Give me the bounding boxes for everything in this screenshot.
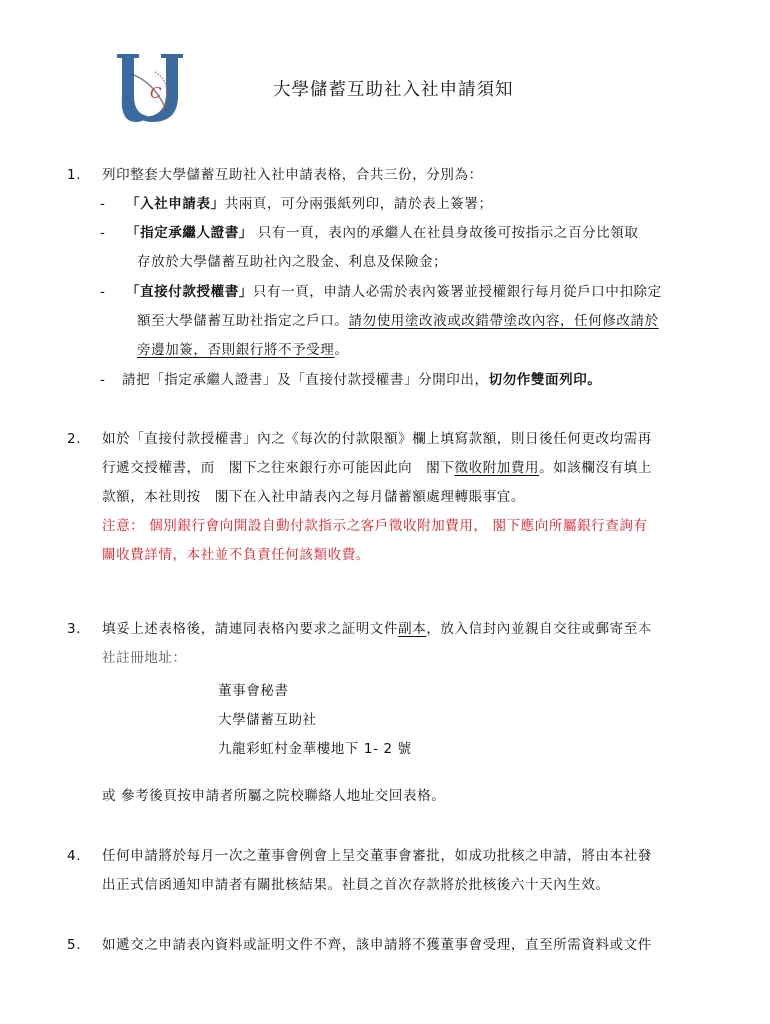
notice-line-2: 關收費詳情，本社並不負責任何該類收費。	[102, 546, 370, 564]
item-3-line-2: 社註冊地址：	[102, 649, 187, 667]
underlined-warning: 請勿使用塗改液或改錯帶塗改內容，任何修改請於	[349, 313, 659, 329]
bullet-dash: -	[100, 195, 105, 213]
underlined-text: 副本	[398, 621, 426, 637]
subitem-continuation: 額至大學儲蓄互助社指定之戶口。請勿使用塗改液或改錯帶塗改內容，任何修改請於	[137, 312, 659, 330]
page-title: 大學儲蓄互助社入社申請須知	[273, 76, 514, 101]
serif-text: 本	[638, 621, 652, 637]
uu-logo-icon: C	[115, 52, 195, 124]
item-text: 如於「直接付款授權書」內之《每次的付款限額》欄上填寫款額，則日後任何更改均需再	[102, 430, 652, 448]
bold-warning: 切勿作雙面列印。	[489, 372, 602, 388]
continuation-text: 額至大學儲蓄互助社指定之戶口。	[137, 313, 349, 329]
item-number: 3.	[67, 620, 81, 638]
subitem-continuation: 存放於大學儲蓄互助社內之股金、利息及保險金；	[137, 253, 447, 271]
item-number: 5.	[67, 936, 81, 954]
subitem-text: 只有一頁，表內的承繼人在社員身故後可按指示之百分比領取	[253, 225, 639, 241]
item-text: 列印整套大學儲蓄互助社入社申請表格，合共三份，分別為：	[102, 166, 483, 184]
subitem-continuation-2: 旁邊加簽，否則銀行將不予受理。	[137, 341, 349, 359]
address-line-3: 九龍彩虹村金華樓地下 1- 2 號	[218, 740, 412, 758]
item-2-line-2: 行遞交授權書，而 閣下之往來銀行亦可能因此向 閣下徵收附加費用。如該欄沒有填上	[102, 459, 652, 477]
credit-union-logo: C	[115, 52, 195, 124]
item-text: ，放入信封內並親自交往或郵寄至	[426, 621, 638, 637]
item-text: 。如該欄沒有填上	[539, 460, 652, 476]
item-number: 1.	[67, 166, 81, 184]
form-name-bold: 「指定承繼人證書」	[126, 225, 253, 241]
underlined-warning: 旁邊加簽，否則銀行將不予受理	[137, 342, 334, 358]
alternative-return: 或 參考後頁按申請者所屬之院校聯絡人地址交回表格。	[102, 787, 445, 805]
form-name-bold: 「入社申請表」	[126, 196, 225, 212]
address-line-2: 大學儲蓄互助社	[218, 711, 317, 729]
bullet-dash: -	[100, 283, 105, 301]
underlined-text: 徵收附加費用	[455, 460, 540, 476]
subitem-text: 共兩頁，可分兩張紙列印，請於表上簽署；	[225, 196, 493, 212]
form-name-bold: 「直接付款授權書」	[126, 284, 253, 300]
logo-letter: C	[150, 84, 162, 102]
bullet-dash: -	[100, 224, 105, 242]
item-text: 填妥上述表格後，請連同表格內要求之証明文件	[102, 621, 398, 637]
item-4-line-2: 出正式信函通知申請者有關批核結果。社員之首次存款將於批核後六十天內生效。	[102, 876, 610, 894]
item-text: 如遞交之申請表內資料或証明文件不齊，該申請將不獲董事會受理，直至所需資料或文件	[102, 936, 652, 954]
continuation-tail: 。	[334, 342, 348, 358]
item-text: 行遞交授權書，而 閣下之往來銀行亦可能因此向 閣下	[102, 460, 455, 476]
subitem-text: 只有一頁，申請人必需於表內簽署並授權銀行每月從戶口中扣除定	[253, 284, 662, 300]
item-number: 4.	[67, 847, 81, 865]
item-text: 任何申請將於每月一次之董事會例會上呈交董事會審批，如成功批核之申請，將由本社發	[102, 847, 652, 865]
item-number: 2.	[67, 430, 81, 448]
notice-line-1: 注意： 個別銀行會向開設自動付款指示之客戶徵收附加費用， 閣下應向所屬銀行查詢有	[102, 517, 648, 535]
item-2-line-3: 款額，本社則按 閣下在入社申請表內之每月儲蓄額處理轉賬事宜。	[102, 488, 525, 506]
address-line-1: 董事會秘書	[218, 682, 289, 700]
bullet-dash: -	[100, 371, 105, 389]
subitem-text: 請把「指定承繼人證書」及「直接付款授權書」分開印出，	[122, 372, 489, 388]
